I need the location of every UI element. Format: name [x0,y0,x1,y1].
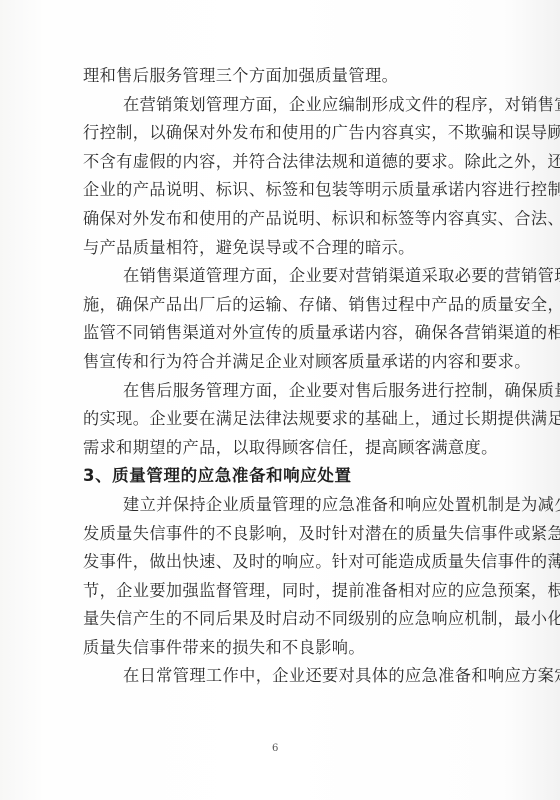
text-line: 行控制，以确保对外发布和使用的广告内容真实，不欺骗和误导顾客， [83,119,485,148]
text-line: 不含有虚假的内容，并符合法律法规和道德的要求。除此之外，还需对 [83,148,485,177]
page-content: 理和售后服务管理三个方面加强质量管理。 在营销策划管理方面，企业应编制形成文件的… [83,62,485,691]
paragraph-continuation: 理和售后服务管理三个方面加强质量管理。 [83,62,485,91]
text-line: 在销售渠道管理方面，企业要对营销渠道采取必要的营销管理措 [83,262,485,291]
text-line: 在营销策划管理方面，企业应编制形成文件的程序，对销售宣传进 [83,91,485,120]
text-line: 监管不同销售渠道对外宣传的质量承诺内容，确保各营销渠道的相关销 [83,319,485,348]
text-line: 需求和期望的产品，以取得顾客信任，提高顾客满意度。 [83,434,485,463]
text-line: 与产品质量相符，避免误导或不合理的暗示。 [83,234,485,263]
text-line: 理和售后服务管理三个方面加强质量管理。 [83,62,485,91]
paragraph-marketing-planning: 在营销策划管理方面，企业应编制形成文件的程序，对销售宣传进 行控制，以确保对外发… [83,91,485,263]
text-line: 在售后服务管理方面，企业要对售后服务进行控制，确保质量承诺 [83,377,485,406]
text-line: 建立并保持企业质量管理的应急准备和响应处置机制是为减少突 [83,491,485,520]
text-line: 确保对外发布和使用的产品说明、标识和标签等内容真实、合法、有效， [83,205,485,234]
text-line: 发事件，做出快速、及时的响应。针对可能造成质量失信事件的薄弱环 [83,548,485,577]
text-line: 企业的产品说明、标识、标签和包装等明示质量承诺内容进行控制，以 [83,176,485,205]
paragraph-sales-channel: 在销售渠道管理方面，企业要对营销渠道采取必要的营销管理措 施，确保产品出厂后的运… [83,262,485,376]
page-number: 6 [272,743,278,754]
text-line: 量失信产生的不同后果及时启动不同级别的应急响应机制，最小化减少 [83,605,485,634]
paragraph-daily-management: 在日常管理工作中，企业还要对具体的应急准备和响应方案定期演 [83,662,485,691]
document-page: 理和售后服务管理三个方面加强质量管理。 在营销策划管理方面，企业应编制形成文件的… [0,0,560,800]
text-line: 施，确保产品出厂后的运输、存储、销售过程中产品的质量安全，并要 [83,291,485,320]
paragraph-emergency-mechanism: 建立并保持企业质量管理的应急准备和响应处置机制是为减少突 发质量失信事件的不良影… [83,491,485,663]
section-heading: 3、质量管理的应急准备和响应处置 [83,462,485,491]
text-line: 在日常管理工作中，企业还要对具体的应急准备和响应方案定期演 [83,662,485,691]
text-line: 发质量失信事件的不良影响，及时针对潜在的质量失信事件或紧急、突 [83,520,485,549]
text-line: 质量失信事件带来的损失和不良影响。 [83,634,485,663]
paragraph-after-sales: 在售后服务管理方面，企业要对售后服务进行控制，确保质量承诺 的实现。企业要在满足… [83,377,485,463]
text-line: 节，企业要加强监督管理，同时，提前准备相对应的应急预案，根据质 [83,577,485,606]
text-line: 售宣传和行为符合并满足企业对顾客质量承诺的内容和要求。 [83,348,485,377]
text-line: 的实现。企业要在满足法律法规要求的基础上，通过长期提供满足顾客 [83,405,485,434]
